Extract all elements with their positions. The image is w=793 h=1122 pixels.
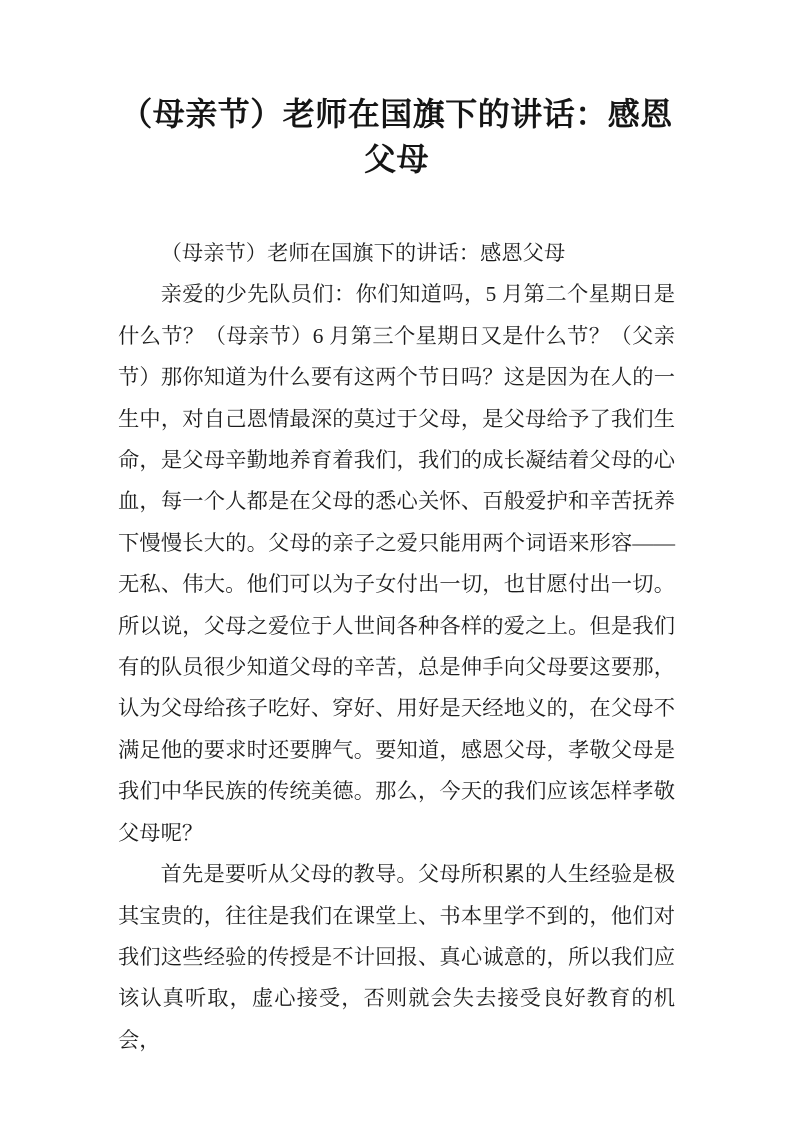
document-content: （母亲节）老师在国旗下的讲话：感恩父母 （母亲节）老师在国旗下的讲话：感恩父母 … bbox=[118, 92, 675, 1061]
paragraph-heading-line: （母亲节）老师在国旗下的讲话：感恩父母 bbox=[118, 233, 675, 274]
page-title: （母亲节）老师在国旗下的讲话：感恩父母 bbox=[118, 92, 675, 182]
document-page: （母亲节）老师在国旗下的讲话：感恩父母 （母亲节）老师在国旗下的讲话：感恩父母 … bbox=[0, 0, 793, 1122]
paragraph-intro: 亲爱的少先队员们：你们知道吗，5 月第二个星期日是什么节？（母亲节）6 月第三个… bbox=[118, 274, 675, 854]
paragraph-first-point: 首先是要听从父母的教导。父母所积累的人生经验是极其宝贵的，往往是我们在课堂上、书… bbox=[118, 854, 675, 1061]
document-body: （母亲节）老师在国旗下的讲话：感恩父母 亲爱的少先队员们：你们知道吗，5 月第二… bbox=[118, 233, 675, 1061]
